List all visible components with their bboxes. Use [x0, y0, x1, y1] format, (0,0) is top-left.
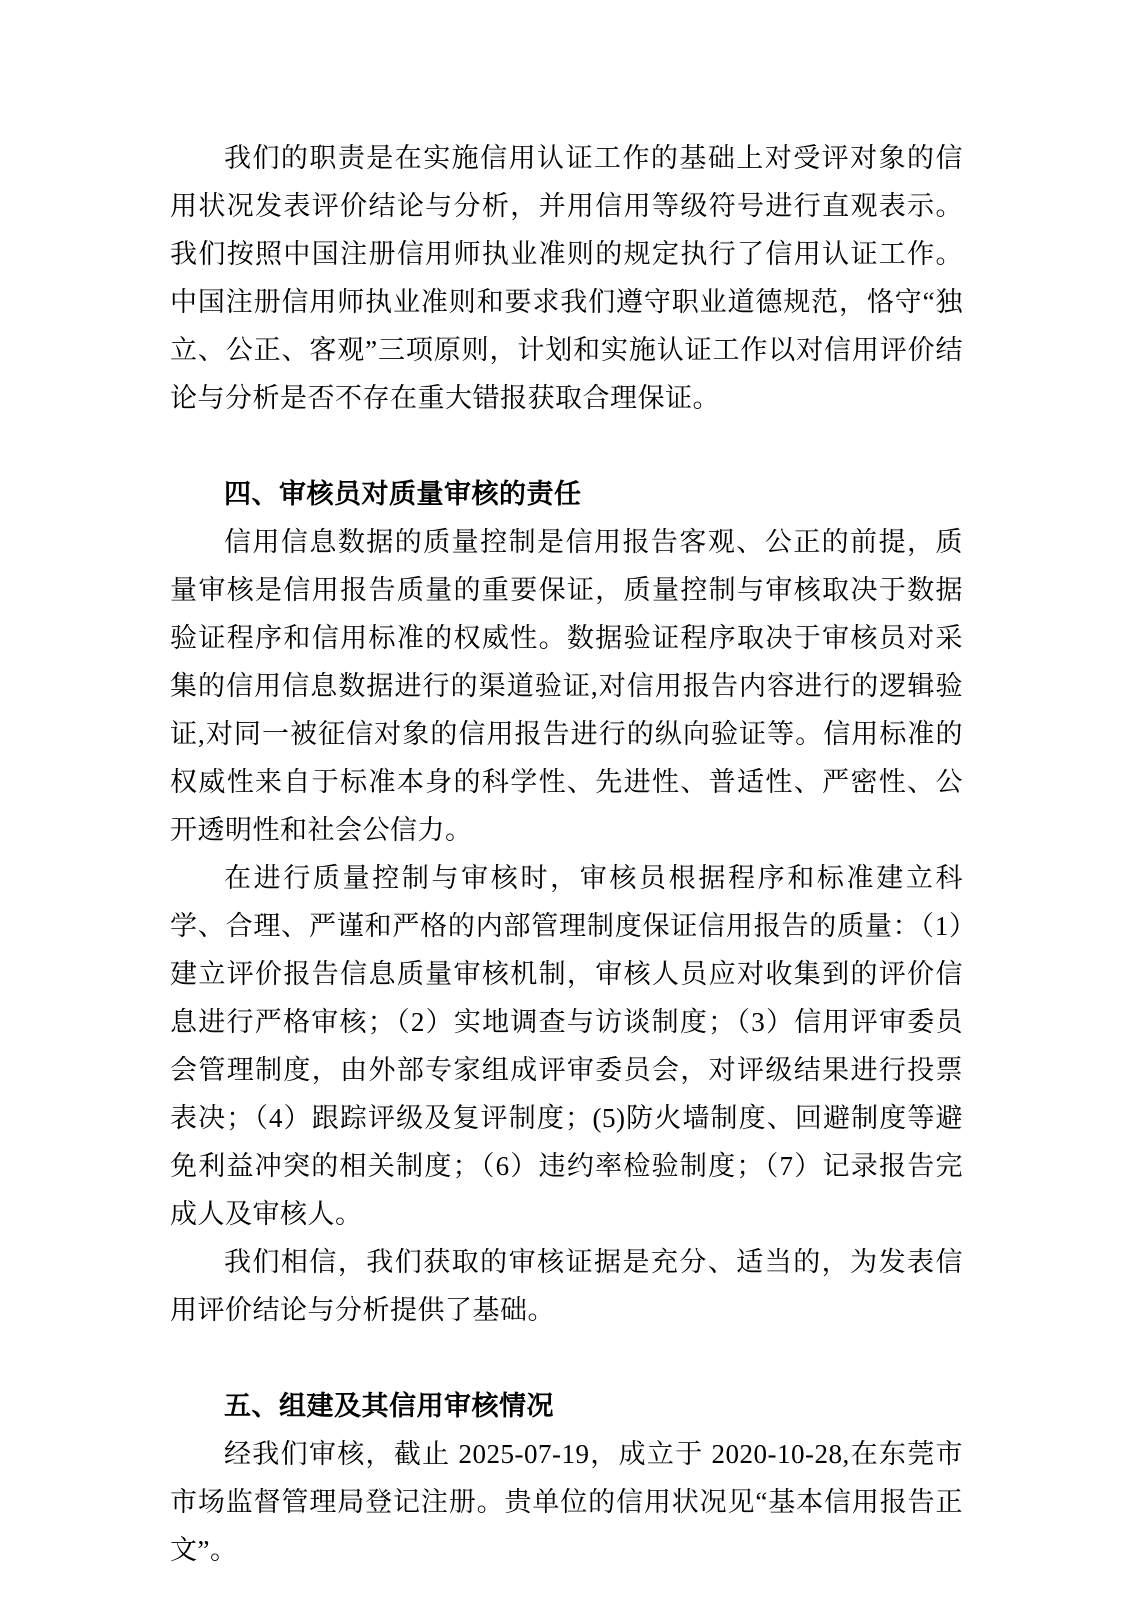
- paragraph-audit-evidence: 我们相信，我们获取的审核证据是充分、适当的，为发表信用评价结论与分析提供了基础。: [170, 1238, 963, 1334]
- section-heading-5-credit-review-status: 五、组建及其信用审核情况: [170, 1382, 963, 1430]
- paragraph-responsibility: 我们的职责是在实施信用认证工作的基础上对受评对象的信用状况发表评价结论与分析，并…: [170, 134, 963, 422]
- document-page: 我们的职责是在实施信用认证工作的基础上对受评对象的信用状况发表评价结论与分析，并…: [0, 0, 1131, 1600]
- paragraph-quality-control: 信用信息数据的质量控制是信用报告客观、公正的前提，质量审核是信用报告质量的重要保…: [170, 518, 963, 854]
- paragraph-internal-systems: 在进行质量控制与审核时，审核员根据程序和标准建立科学、合理、严谨和严格的内部管理…: [170, 854, 963, 1238]
- paragraph-review-conclusion: 经我们审核，截止 2025-07-19，成立于 2020-10-28,在东莞市市…: [170, 1430, 963, 1574]
- section-heading-4-audit-responsibility: 四、审核员对质量审核的责任: [170, 470, 963, 518]
